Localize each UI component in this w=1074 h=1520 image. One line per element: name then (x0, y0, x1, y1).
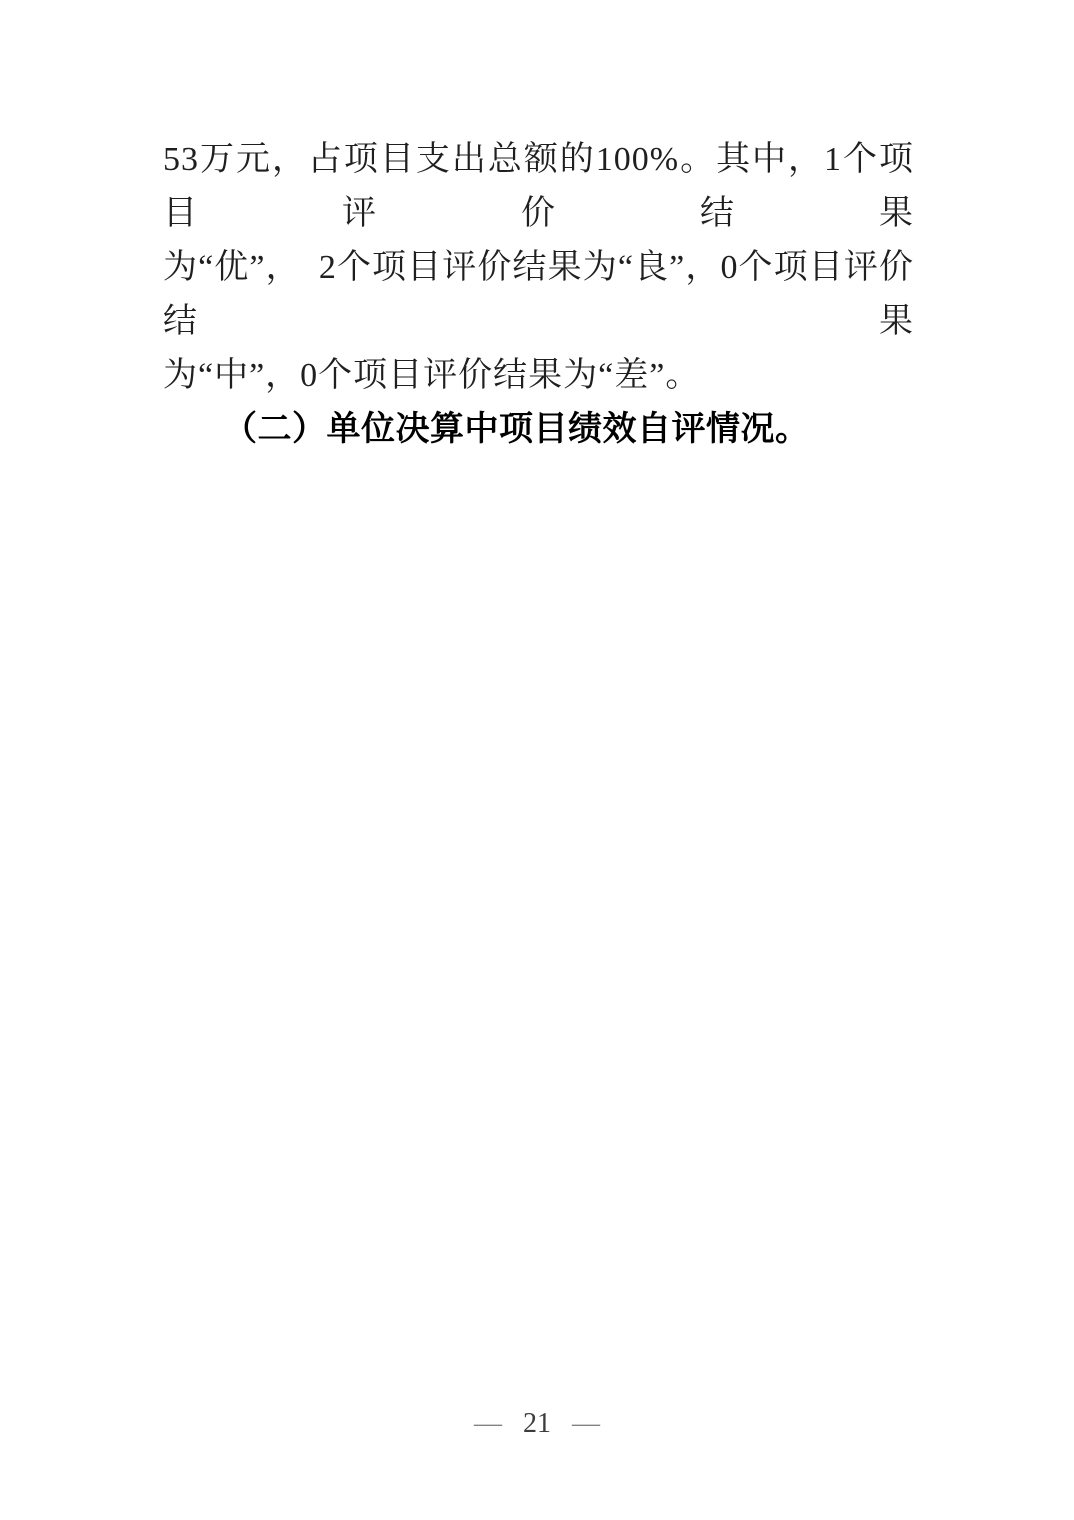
paragraph-line: 53万元，占项目支出总额的100%。其中，1个项目评价结果 (163, 133, 914, 241)
footer-dash-right: — (572, 1408, 600, 1439)
document-page: 53万元，占项目支出总额的100%。其中，1个项目评价结果 为“优”， 2个项目… (0, 0, 1074, 1520)
page-footer: — 21 — (0, 1404, 1074, 1444)
page-number: 21 (523, 1408, 551, 1439)
body-text: 53万元，占项目支出总额的100%。其中，1个项目评价结果 为“优”， 2个项目… (163, 133, 914, 457)
paragraph-line: 为“优”， 2个项目评价结果为“良”，0个项目评价结果 (163, 241, 914, 349)
paragraph-line: 为“中”，0个项目评价结果为“差”。 (163, 349, 914, 403)
footer-dash-left: — (474, 1408, 502, 1439)
section-heading: （二）单位决算中项目绩效自评情况。 (163, 403, 914, 457)
